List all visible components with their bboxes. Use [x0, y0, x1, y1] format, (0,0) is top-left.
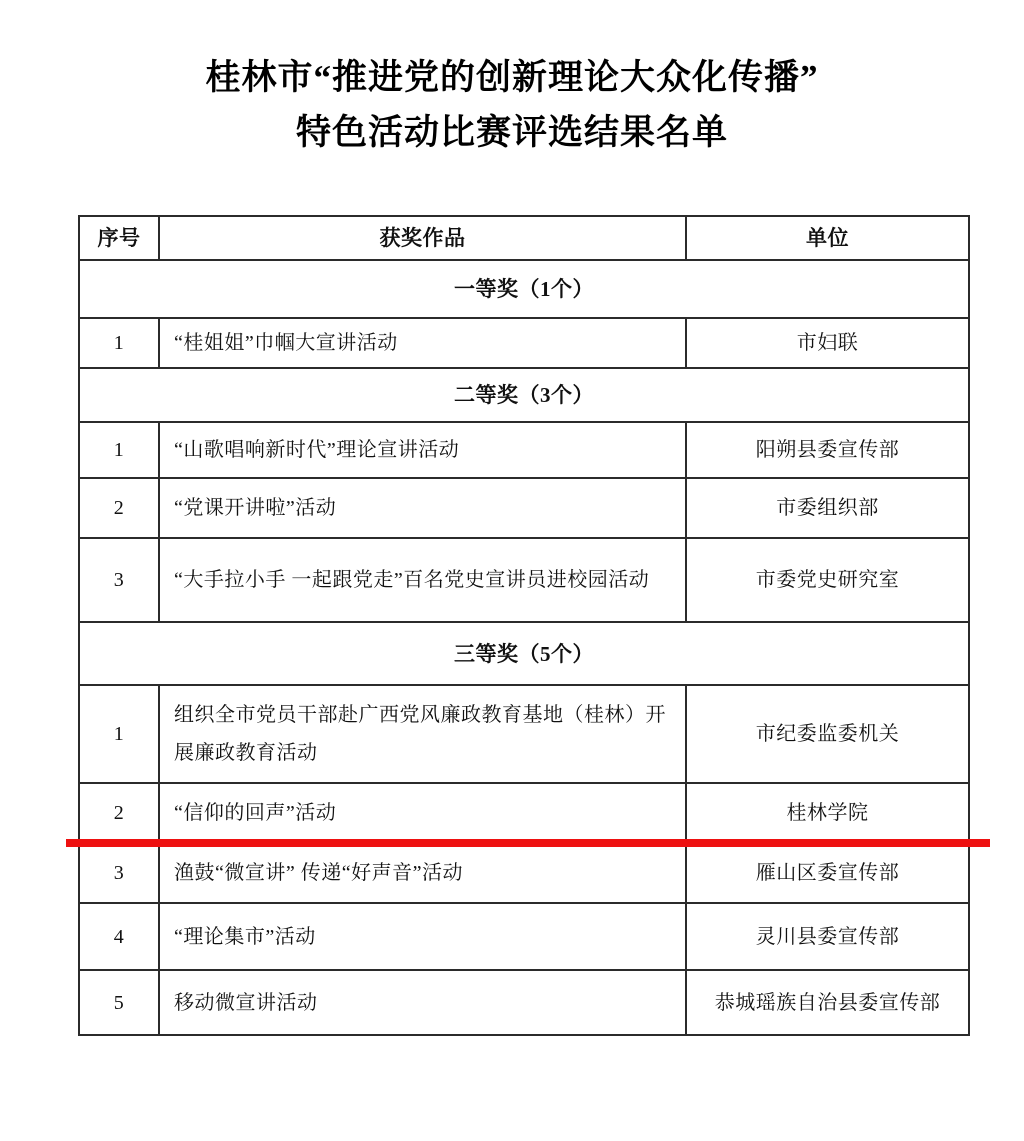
row-no: 2	[79, 478, 159, 538]
document-page: 桂林市“推进党的创新理论大众化传播” 特色活动比赛评选结果名单 序号 获奖作品 …	[0, 0, 1024, 1141]
table-row-highlighted: 2 “信仰的回声”活动 桂林学院	[79, 783, 969, 843]
row-unit: 雁山区委宣传部	[686, 843, 969, 903]
row-work: “理论集市”活动	[159, 903, 686, 970]
row-no: 1	[79, 422, 159, 478]
row-unit: 市妇联	[686, 318, 969, 368]
page-title-line-1: 桂林市“推进党的创新理论大众化传播”	[0, 50, 1024, 105]
table-row: 1 组织全市党员干部赴广西党风廉政教育基地（桂林）开展廉政教育活动 市纪委监委机…	[79, 685, 969, 783]
row-work: “桂姐姐”巾帼大宣讲活动	[159, 318, 686, 368]
table-header-row: 序号 获奖作品 单位	[79, 216, 969, 260]
section-row-third-prize: 三等奖（5个）	[79, 622, 969, 685]
row-work: “大手拉小手 一起跟党走”百名党史宣讲员进校园活动	[159, 538, 686, 622]
section-label: 二等奖（3个）	[79, 368, 969, 422]
row-no: 3	[79, 843, 159, 903]
section-row-first-prize: 一等奖（1个）	[79, 260, 969, 318]
table-row: 5 移动微宣讲活动 恭城瑶族自治县委宣传部	[79, 970, 969, 1035]
row-unit: 市委组织部	[686, 478, 969, 538]
row-no: 1	[79, 685, 159, 783]
row-work: 移动微宣讲活动	[159, 970, 686, 1035]
row-unit: 灵川县委宣传部	[686, 903, 969, 970]
row-no: 4	[79, 903, 159, 970]
row-unit: 市纪委监委机关	[686, 685, 969, 783]
section-row-second-prize: 二等奖（3个）	[79, 368, 969, 422]
row-work: 组织全市党员干部赴广西党风廉政教育基地（桂林）开展廉政教育活动	[159, 685, 686, 783]
row-work: 渔鼓“微宣讲” 传递“好声音”活动	[159, 843, 686, 903]
row-work: “山歌唱响新时代”理论宣讲活动	[159, 422, 686, 478]
table-row: 3 “大手拉小手 一起跟党走”百名党史宣讲员进校园活动 市委党史研究室	[79, 538, 969, 622]
column-header-unit: 单位	[686, 216, 969, 260]
column-header-work: 获奖作品	[159, 216, 686, 260]
row-no: 5	[79, 970, 159, 1035]
red-underline-annotation	[66, 839, 990, 847]
section-label: 一等奖（1个）	[79, 260, 969, 318]
table-row: 1 “桂姐姐”巾帼大宣讲活动 市妇联	[79, 318, 969, 368]
table-row: 1 “山歌唱响新时代”理论宣讲活动 阳朔县委宣传部	[79, 422, 969, 478]
column-header-no: 序号	[79, 216, 159, 260]
row-no: 2	[79, 783, 159, 843]
section-label: 三等奖（5个）	[79, 622, 969, 685]
table-row: 3 渔鼓“微宣讲” 传递“好声音”活动 雁山区委宣传部	[79, 843, 969, 903]
row-unit: 阳朔县委宣传部	[686, 422, 969, 478]
table-row: 4 “理论集市”活动 灵川县委宣传部	[79, 903, 969, 970]
row-unit: 市委党史研究室	[686, 538, 969, 622]
row-unit: 恭城瑶族自治县委宣传部	[686, 970, 969, 1035]
results-table: 序号 获奖作品 单位 一等奖（1个） 1 “桂姐姐”巾帼大宣讲活动 市妇联 二等…	[78, 215, 970, 1036]
page-title: 桂林市“推进党的创新理论大众化传播” 特色活动比赛评选结果名单	[0, 0, 1024, 160]
page-title-line-2: 特色活动比赛评选结果名单	[0, 105, 1024, 160]
row-unit: 桂林学院	[686, 783, 969, 843]
row-work: “党课开讲啦”活动	[159, 478, 686, 538]
row-no: 3	[79, 538, 159, 622]
table-row: 2 “党课开讲啦”活动 市委组织部	[79, 478, 969, 538]
row-work: “信仰的回声”活动	[159, 783, 686, 843]
row-no: 1	[79, 318, 159, 368]
